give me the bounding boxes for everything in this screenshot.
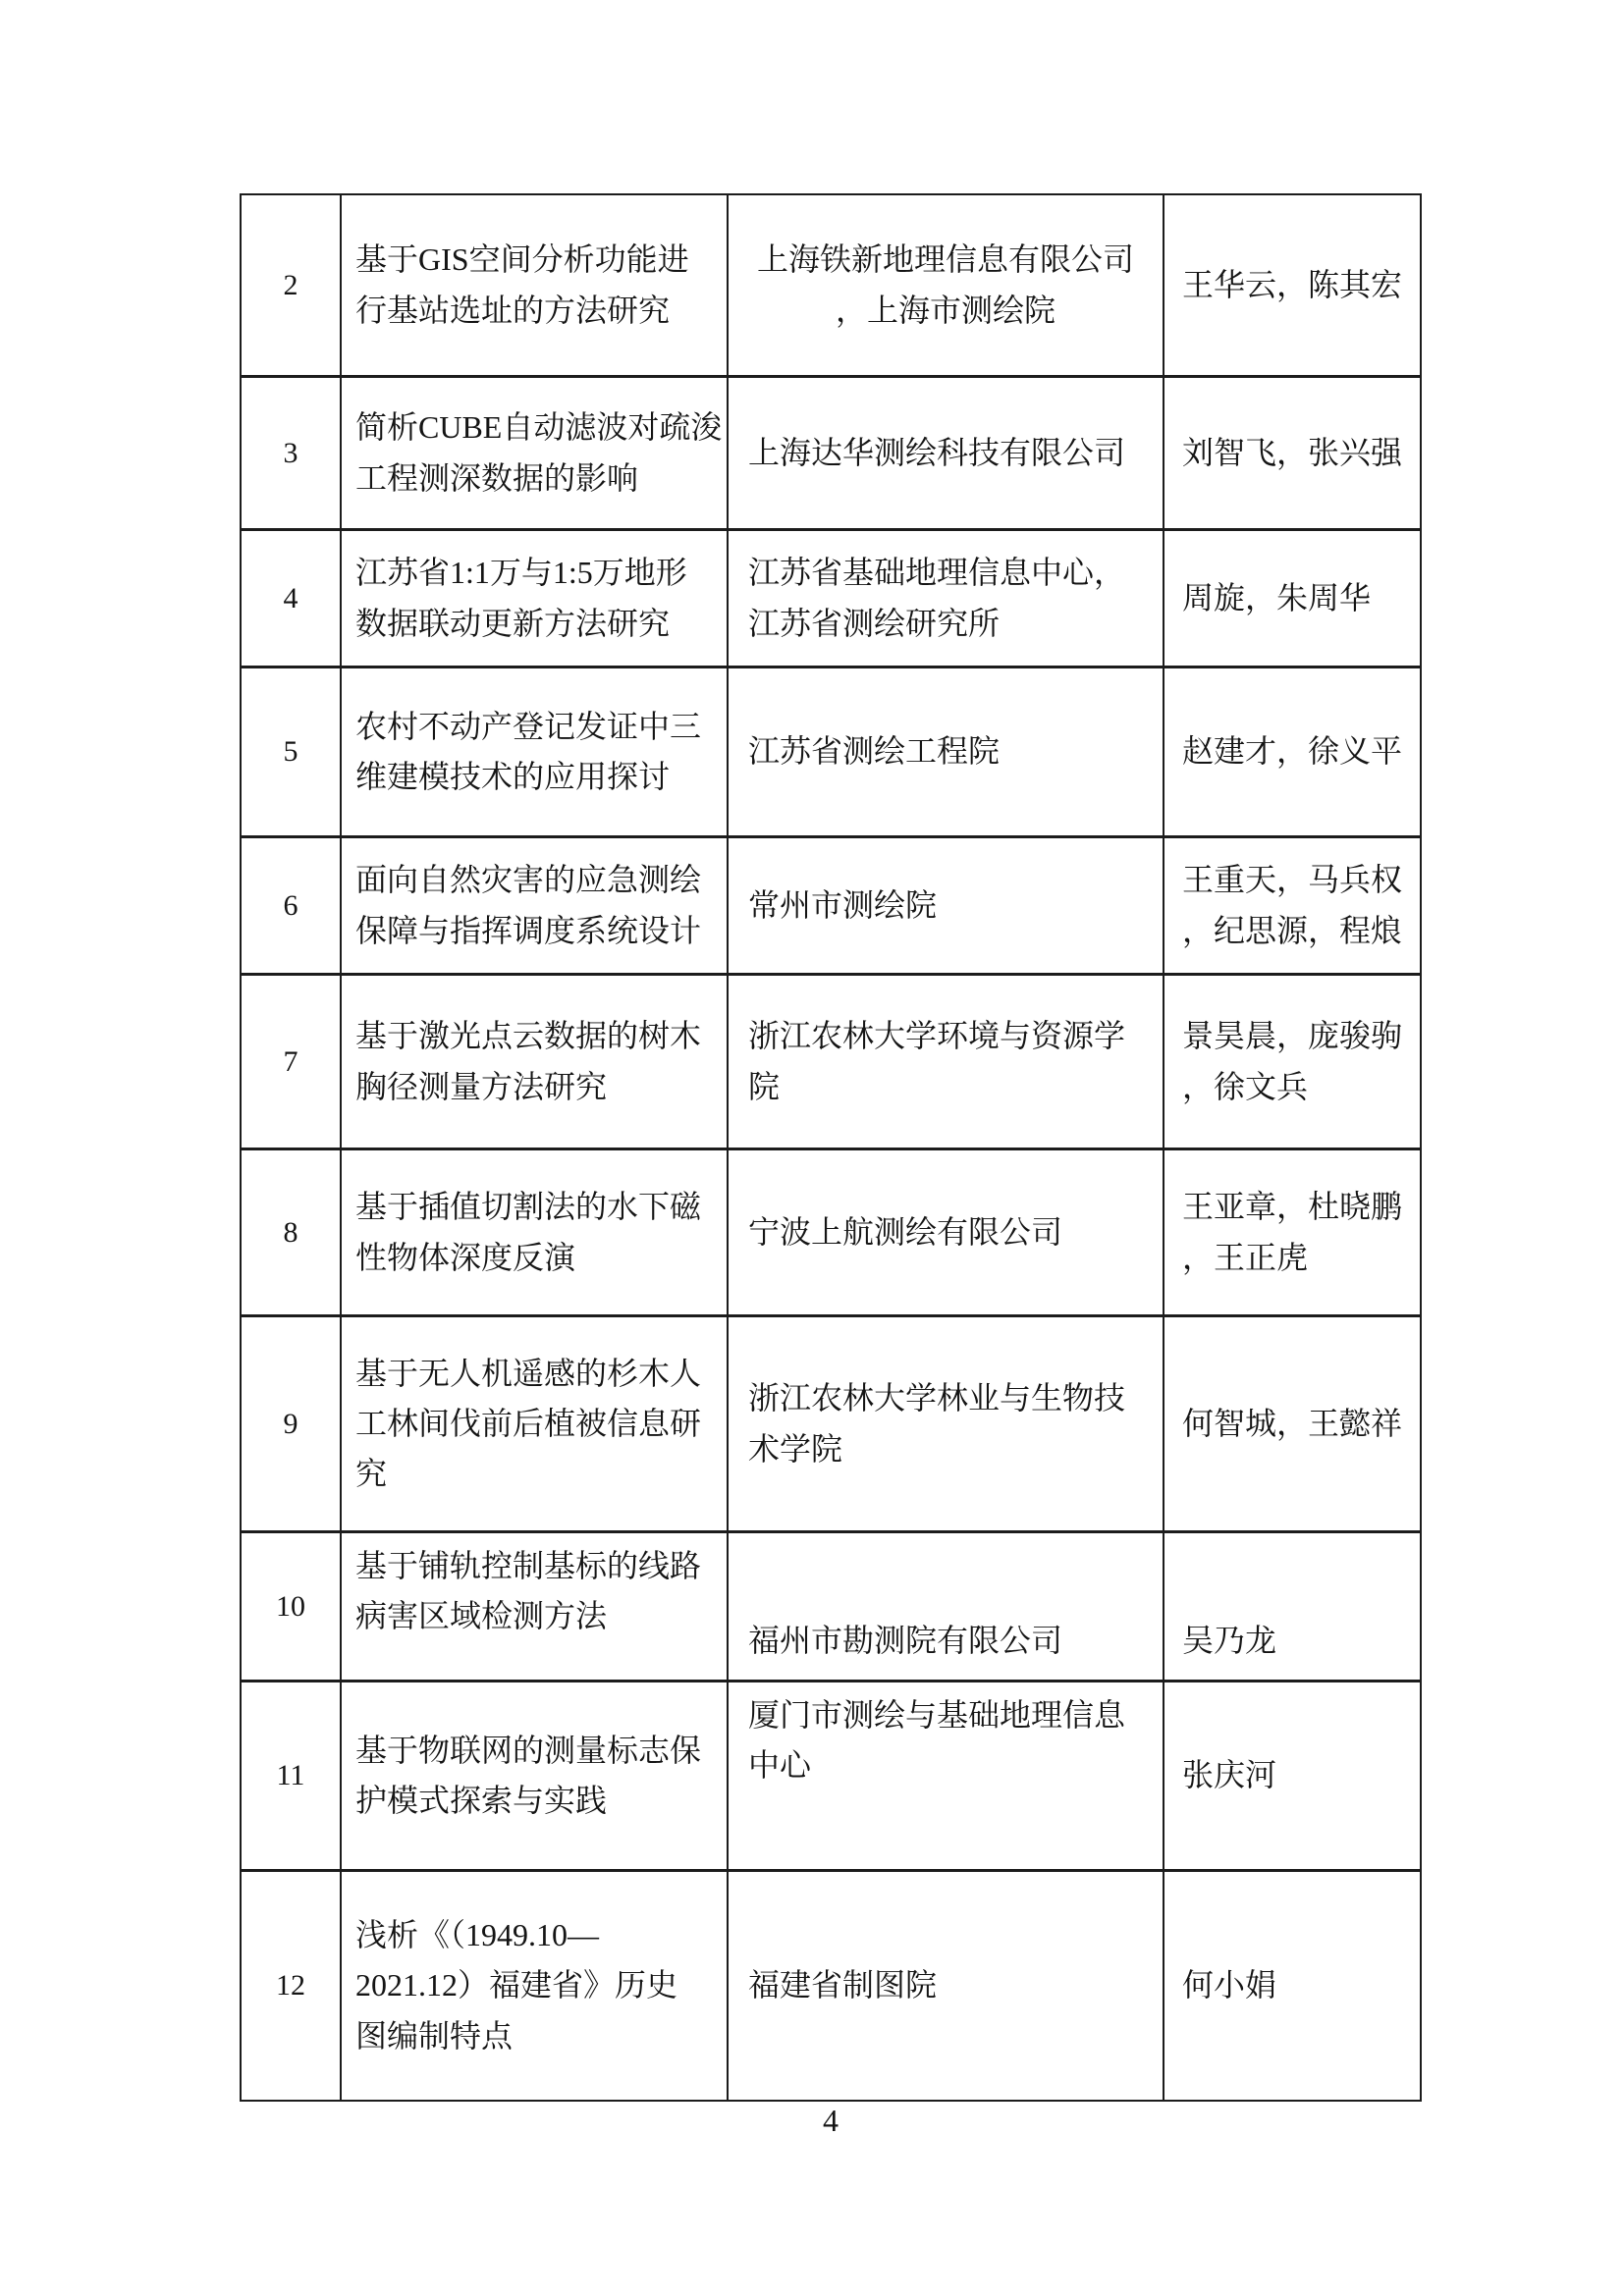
institution: 福建省制图院 bbox=[727, 1872, 1163, 2100]
row-number: 9 bbox=[242, 1317, 340, 1530]
row-number: 11 bbox=[242, 1682, 340, 1869]
row-number: 6 bbox=[242, 838, 340, 973]
paper-title: 江苏省1:1万与1:5万地形 数据联动更新方法研究 bbox=[340, 531, 727, 666]
row-number: 2 bbox=[242, 195, 340, 375]
table-row: 9 基于无人机遥感的杉木人 工林间伐前后植被信息研 究 浙江农林大学林业与生物技… bbox=[242, 1314, 1420, 1530]
paper-title: 基于铺轨控制基标的线路 病害区域检测方法 bbox=[340, 1533, 727, 1680]
institution: 宁波上航测绘有限公司 bbox=[727, 1150, 1163, 1314]
table-row: 6 面向自然灾害的应急测绘 保障与指挥调度系统设计 常州市测绘院 王重天，马兵权… bbox=[242, 835, 1420, 973]
institution: 福州市勘测院有限公司 bbox=[727, 1533, 1163, 1680]
authors: 王重天，马兵权 ，纪思源，程烺 bbox=[1163, 838, 1420, 973]
table-row: 4 江苏省1:1万与1:5万地形 数据联动更新方法研究 江苏省基础地理信息中心，… bbox=[242, 528, 1420, 666]
institution: 江苏省测绘工程院 bbox=[727, 668, 1163, 835]
row-number: 12 bbox=[242, 1872, 340, 2100]
institution: 上海达华测绘科技有限公司 bbox=[727, 378, 1163, 528]
row-number: 8 bbox=[242, 1150, 340, 1314]
paper-title: 基于GIS空间分析功能进 行基站选址的方法研究 bbox=[340, 195, 727, 375]
paper-title: 基于插值切割法的水下磁 性物体深度反演 bbox=[340, 1150, 727, 1314]
table-row: 5 农村不动产登记发证中三 维建模技术的应用探讨 江苏省测绘工程院 赵建才，徐义… bbox=[242, 666, 1420, 835]
authors: 张庆河 bbox=[1163, 1682, 1420, 1869]
paper-title: 农村不动产登记发证中三 维建模技术的应用探讨 bbox=[340, 668, 727, 835]
institution: 厦门市测绘与基础地理信息 中心 bbox=[727, 1682, 1163, 1869]
authors: 周旋，朱周华 bbox=[1163, 531, 1420, 666]
institution: 江苏省基础地理信息中心， 江苏省测绘研究所 bbox=[727, 531, 1163, 666]
papers-table: 2 基于GIS空间分析功能进 行基站选址的方法研究 上海铁新地理信息有限公司 ，… bbox=[240, 193, 1422, 2102]
row-number: 3 bbox=[242, 378, 340, 528]
institution: 上海铁新地理信息有限公司 ，上海市测绘院 bbox=[727, 195, 1163, 375]
paper-title: 基于物联网的测量标志保 护模式探索与实践 bbox=[340, 1682, 727, 1869]
authors: 王亚章，杜晓鹏 ，王正虎 bbox=[1163, 1150, 1420, 1314]
table-row: 7 基于激光点云数据的树木 胸径测量方法研究 浙江农林大学环境与资源学 院 景昊… bbox=[242, 973, 1420, 1148]
authors: 景昊晨，庞骏驹 ，徐文兵 bbox=[1163, 976, 1420, 1148]
authors: 刘智飞，张兴强 bbox=[1163, 378, 1420, 528]
institution: 常州市测绘院 bbox=[727, 838, 1163, 973]
table-row: 10 基于铺轨控制基标的线路 病害区域检测方法 福州市勘测院有限公司 吴乃龙 bbox=[242, 1530, 1420, 1680]
row-number: 5 bbox=[242, 668, 340, 835]
row-number: 7 bbox=[242, 976, 340, 1148]
table-row: 2 基于GIS空间分析功能进 行基站选址的方法研究 上海铁新地理信息有限公司 ，… bbox=[242, 195, 1420, 375]
institution: 浙江农林大学环境与资源学 院 bbox=[727, 976, 1163, 1148]
paper-title: 面向自然灾害的应急测绘 保障与指挥调度系统设计 bbox=[340, 838, 727, 973]
row-number: 10 bbox=[242, 1533, 340, 1680]
document-page: 2 基于GIS空间分析功能进 行基站选址的方法研究 上海铁新地理信息有限公司 ，… bbox=[0, 0, 1624, 2296]
authors: 王华云，陈其宏 bbox=[1163, 195, 1420, 375]
page-number: 4 bbox=[240, 2103, 1422, 2139]
authors: 何小娟 bbox=[1163, 1872, 1420, 2100]
paper-title: 浅析《（1949.10— 2021.12）福建省》历史 图编制特点 bbox=[340, 1872, 727, 2100]
table-row: 3 简析CUBE自动滤波对疏浚 工程测深数据的影响 上海达华测绘科技有限公司 刘… bbox=[242, 375, 1420, 528]
paper-title: 基于无人机遥感的杉木人 工林间伐前后植被信息研 究 bbox=[340, 1317, 727, 1530]
table-row: 11 基于物联网的测量标志保 护模式探索与实践 厦门市测绘与基础地理信息 中心 … bbox=[242, 1680, 1420, 1869]
row-number: 4 bbox=[242, 531, 340, 666]
authors: 吴乃龙 bbox=[1163, 1533, 1420, 1680]
authors: 何智城，王懿祥 bbox=[1163, 1317, 1420, 1530]
paper-title: 基于激光点云数据的树木 胸径测量方法研究 bbox=[340, 976, 727, 1148]
table-row: 8 基于插值切割法的水下磁 性物体深度反演 宁波上航测绘有限公司 王亚章，杜晓鹏… bbox=[242, 1148, 1420, 1314]
table-row: 12 浅析《（1949.10— 2021.12）福建省》历史 图编制特点 福建省… bbox=[242, 1869, 1420, 2100]
paper-title: 简析CUBE自动滤波对疏浚 工程测深数据的影响 bbox=[340, 378, 727, 528]
authors: 赵建才，徐义平 bbox=[1163, 668, 1420, 835]
institution: 浙江农林大学林业与生物技 术学院 bbox=[727, 1317, 1163, 1530]
